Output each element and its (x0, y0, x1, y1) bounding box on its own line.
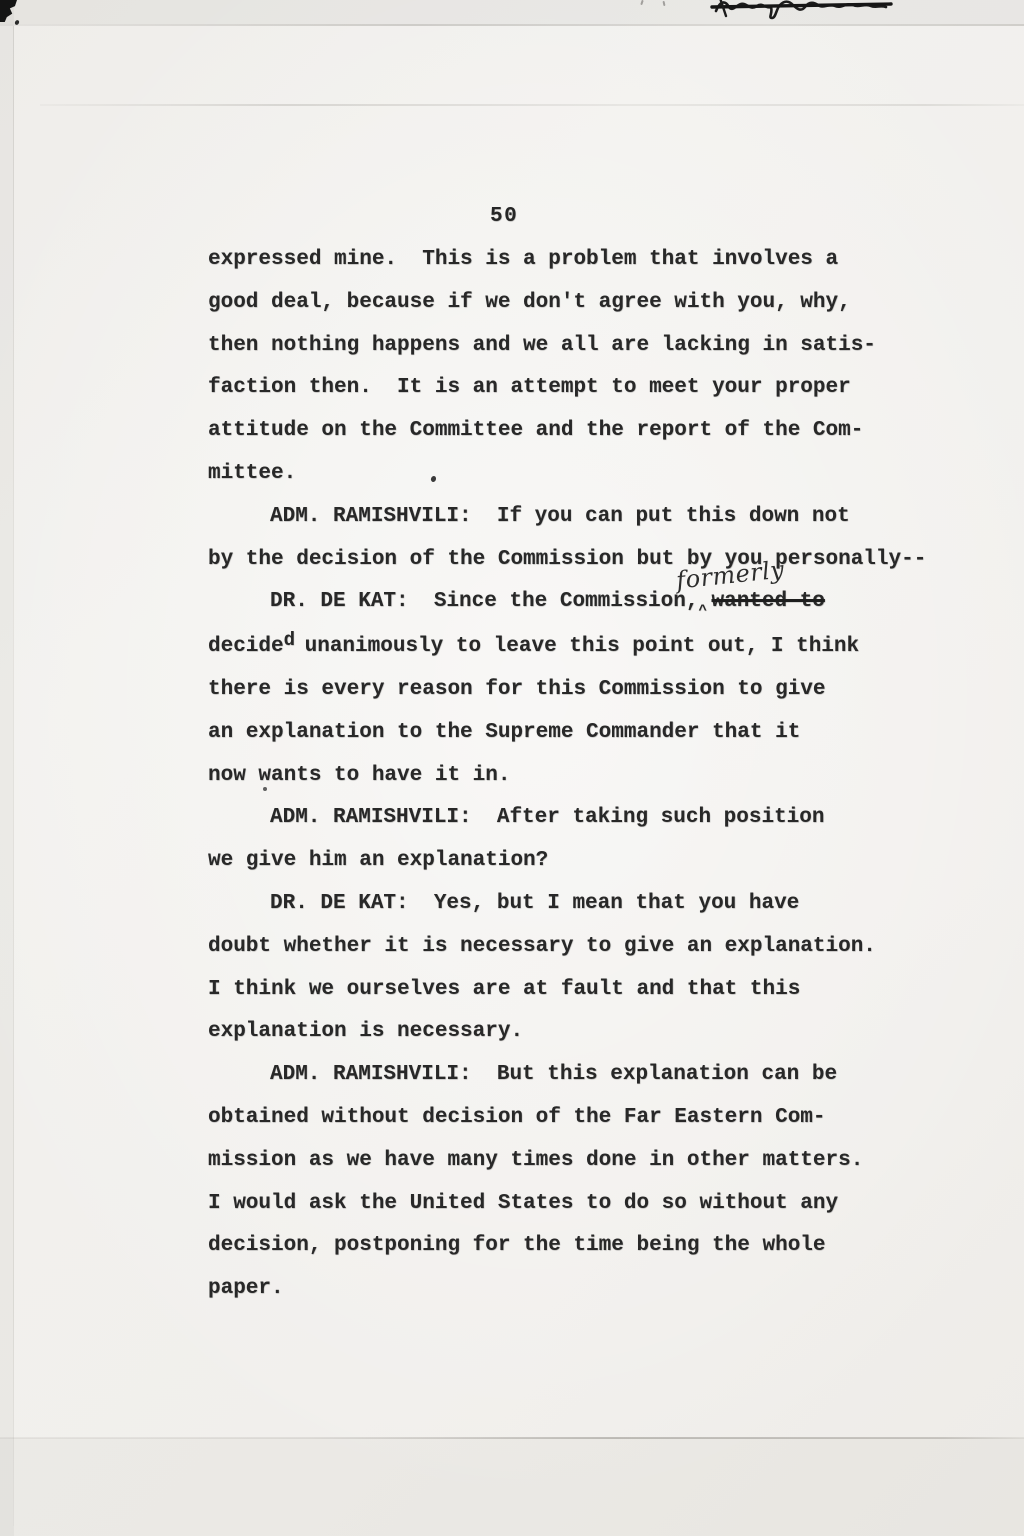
paper-upper-crease-line (40, 104, 1024, 106)
inserted-letter: d (284, 619, 297, 662)
paper-left-shade (0, 0, 14, 1536)
line-post-text: unanimously to leave this point out, I t… (305, 635, 860, 658)
text-line: there is every reason for this Commissio… (208, 669, 968, 712)
pen-tick-mark (663, 1, 666, 6)
text-line: by the decision of the Commission but by… (208, 539, 968, 582)
document-body: expressed mine. This is a problem that i… (208, 239, 968, 1311)
crossed-out-scribble-icon (710, 0, 900, 20)
scan-corner-blob (0, 0, 17, 22)
text-line: I think we ourselves are at fault and th… (208, 969, 968, 1012)
text-line: we give him an explanation? (208, 840, 968, 883)
paper-top-edge-line (0, 24, 1024, 26)
pen-tick-mark (640, 0, 643, 5)
text-line: mission as we have many times done in ot… (208, 1140, 968, 1183)
text-line: decision, postponing for the time being … (208, 1225, 968, 1268)
speaker-line-dekat-edited: DR. DE KAT: Since the Commission,^wanted… (208, 581, 968, 625)
text-line: then nothing happens and we all are lack… (208, 325, 968, 368)
text-line: obtained without decision of the Far Eas… (208, 1097, 968, 1140)
line-pre-text: decide (208, 635, 284, 658)
ink-speck (263, 787, 267, 791)
scan-corner-speck (14, 19, 20, 25)
scanned-document-page: { "page": { "number": "50" }, "annotatio… (0, 0, 1024, 1536)
struck-through-text: wanted to (711, 590, 824, 613)
scribble-svg (710, 0, 900, 20)
speaker-line-ramishvili: ADM. RAMISHVILI: After taking such posit… (208, 797, 968, 840)
paper-left-edge-line (13, 26, 14, 1526)
line-pre-text: DR. DE KAT: Since the Commission, (270, 590, 698, 613)
text-line: faction then. It is an attempt to meet y… (208, 367, 968, 410)
text-line: now wants to have it in. (208, 755, 968, 798)
speaker-line-dekat: DR. DE KAT: Yes, but I mean that you hav… (208, 883, 968, 926)
page-number: 50 (490, 205, 518, 228)
text-line: doubt whether it is necessary to give an… (208, 926, 968, 969)
paper-lower-crease-line (0, 1437, 1024, 1439)
speaker-line-ramishvili: ADM. RAMISHVILI: If you can put this dow… (208, 496, 968, 539)
text-line: I would ask the United States to do so w… (208, 1183, 968, 1226)
speaker-line-ramishvili: ADM. RAMISHVILI: But this explanation ca… (208, 1054, 968, 1097)
text-line: expressed mine. This is a problem that i… (208, 239, 968, 282)
text-line: paper. (208, 1268, 968, 1311)
text-line: good deal, because if we don't agree wit… (208, 282, 968, 325)
paper-bottom-shade (0, 1438, 1024, 1536)
insertion-caret-mark: ^ (698, 590, 711, 633)
text-line: an explanation to the Supreme Commander … (208, 712, 968, 755)
text-line-with-insertion: decidedunanimously to leave this point o… (208, 625, 968, 669)
text-line: mittee. (208, 453, 968, 496)
text-line: explanation is necessary. (208, 1011, 968, 1054)
text-line: attitude on the Committee and the report… (208, 410, 968, 453)
